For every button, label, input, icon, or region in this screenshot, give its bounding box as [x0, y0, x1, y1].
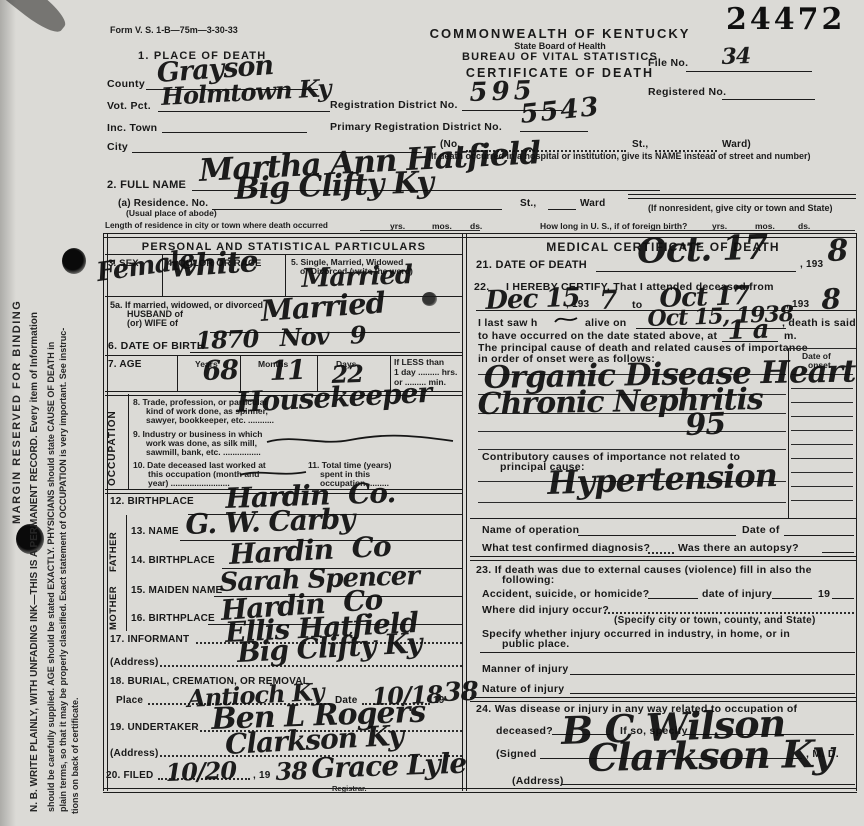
- cause-code-value: 95: [685, 407, 726, 443]
- registrar-label: Registrar.: [332, 784, 367, 793]
- abode-note: (Usual place of abode): [126, 208, 217, 218]
- commonwealth-title: COMMONWEALTH OF KENTUCKY: [380, 26, 740, 41]
- physician-address-label: (Address): [512, 775, 564, 787]
- onset-rule: [791, 444, 853, 445]
- birthplace-label: 12. BIRTHPLACE: [110, 496, 194, 507]
- onset-rule: [791, 486, 853, 487]
- accident-line: [648, 598, 698, 599]
- margin-nb-line4: tions on back of certificate.: [71, 592, 80, 814]
- to-year-value: 8: [821, 282, 841, 316]
- onset-rule: [791, 500, 853, 501]
- margin-nb-line2: should be carefully supplied. AGE should…: [47, 58, 56, 812]
- dod-year-printed: , 193: [800, 259, 823, 270]
- right-border: [856, 233, 857, 791]
- margin-binding-note: MARGIN RESERVED FOR BINDING: [12, 272, 23, 524]
- cause-box-bottom: [470, 518, 856, 519]
- filed-label: 20. FILED: [106, 770, 153, 781]
- residence-ward-label: Ward: [580, 198, 605, 209]
- contributory-value: Hypertension: [547, 456, 778, 502]
- manner-line: [570, 674, 855, 675]
- filed-date-value: 10/20: [165, 756, 237, 787]
- undertaker-address-label: (Address): [110, 748, 158, 759]
- date-of-line: [784, 535, 854, 536]
- death-certificate-scan: MARGIN RESERVED FOR BINDING N. B. WRITE …: [0, 0, 864, 826]
- onset-rule: [791, 402, 853, 403]
- signed-label: (Signed: [496, 748, 537, 760]
- lastsaw-text-1: I last saw h: [478, 317, 538, 329]
- external-causes-text-2: following:: [502, 574, 555, 586]
- residence-value: Big Clifty Ky: [234, 165, 434, 207]
- nature-line: [570, 693, 855, 694]
- where-injury-line: [604, 612, 854, 614]
- manner-label: Manner of injury: [482, 663, 568, 675]
- father-bp-label: 14. BIRTHPLACE: [131, 555, 215, 566]
- accident-label: Accident, suicide, or homicide?: [482, 588, 649, 600]
- operation-label: Name of operation: [482, 524, 579, 536]
- date-of-death-line: [596, 271, 796, 272]
- dod-year-value: 8: [827, 233, 848, 269]
- from-year-value: 7: [599, 285, 617, 316]
- injury-date-line: [772, 598, 812, 599]
- injury-19-line: [832, 598, 854, 599]
- onset-box-top: [788, 348, 856, 349]
- deceased-label: deceased?: [496, 725, 553, 737]
- form-number: Form V. S. 1-B—75m—3-30-33: [110, 25, 238, 35]
- parents-divider: [126, 515, 127, 631]
- dob-value: 1870 Nov 9: [195, 320, 366, 355]
- city-ward-label: Ward): [722, 139, 751, 150]
- informant-label: 17. INFORMANT: [110, 634, 189, 645]
- nonresident-note: (If nonresident, give city or town and S…: [648, 203, 833, 213]
- lastworked-label-3: year) .........................: [148, 478, 230, 488]
- where-injury-label: Where did injury occur?: [482, 604, 609, 616]
- mother-bp-label: 16. BIRTHPLACE: [131, 613, 215, 624]
- date-of-label: Date of: [742, 524, 780, 536]
- race-value: white: [170, 244, 259, 285]
- inc-town-label: Inc. Town: [107, 122, 157, 134]
- city-label: City: [107, 141, 128, 153]
- onset-rule: [791, 458, 853, 459]
- file-no-line: [686, 71, 812, 72]
- cause-rule: [478, 449, 786, 450]
- test-label: What test confirmed diagnosis?: [482, 542, 650, 554]
- specify-city-note: (Specify city or town, county, and State…: [614, 615, 816, 626]
- father-name-label: 13. NAME: [131, 526, 179, 537]
- inc-town-line: [162, 132, 307, 133]
- dob-line: [190, 352, 462, 353]
- length-line: [360, 230, 480, 231]
- margin-nb-line3: plain terms, so that it may be properly …: [59, 58, 68, 812]
- registrar-signature: Grace Lyle: [311, 747, 467, 785]
- injury-date-label: date of injury: [702, 588, 772, 600]
- autopsy-line: [822, 552, 854, 553]
- primary-reg-line: [520, 131, 588, 132]
- undertaker-label: 19. UNDERTAKER: [110, 722, 199, 733]
- occurred-text: to have occurred on the date stated abov…: [478, 330, 717, 342]
- city-st-label: St.,: [632, 139, 648, 150]
- file-no-label: File No.: [648, 57, 688, 69]
- burial-year-value: 38: [443, 677, 478, 708]
- ditto-squiggle: [265, 432, 455, 448]
- primary-reg-label: Primary Registration District No.: [330, 121, 502, 133]
- onset-rule: [791, 416, 853, 417]
- date-of-death-label: 21. DATE OF DEATH: [476, 259, 587, 271]
- onset-rule: [791, 430, 853, 431]
- mother-name-label: 15. MAIDEN NAME: [131, 585, 222, 596]
- filed-year-value: 38: [275, 756, 307, 786]
- residence-st-label: St.,: [520, 198, 536, 209]
- informant-address-label: (Address): [110, 657, 158, 668]
- section-24-divider: [470, 697, 856, 702]
- whether-injury-text-2: public place.: [502, 638, 570, 650]
- occupation-value: Housekeeper: [235, 376, 432, 419]
- informant-address-dotted-line: [160, 665, 462, 667]
- nonresident-line: [628, 194, 856, 199]
- lastsaw-text-2: alive on: [585, 317, 627, 329]
- ink-blot: [422, 292, 437, 306]
- industry-label-3: sawmill, bank, etc. ................: [146, 447, 261, 457]
- father-side-label: FATHER: [108, 518, 119, 572]
- age-years-value: 68: [202, 355, 239, 387]
- residence-line: [212, 209, 502, 210]
- burial-place-label: Place: [116, 695, 143, 706]
- cause-rule: [478, 431, 786, 432]
- death-said-text: , death is said: [782, 317, 856, 329]
- from-year-printed: , 193: [566, 299, 589, 310]
- ditto-squiggle: [238, 466, 308, 480]
- dob-label: 6. DATE OF BIRTH: [108, 340, 205, 352]
- file-no-value: 34: [721, 43, 751, 70]
- public-place-line: [480, 652, 855, 653]
- reg-district-label: Registration District No.: [330, 99, 458, 111]
- filed-year-printed: , 19: [253, 770, 270, 781]
- length-residence-label: Length of residence in city or town wher…: [105, 221, 328, 230]
- physician-address-value: Clarkson Ky: [587, 731, 833, 780]
- m-label: m.: [784, 330, 797, 342]
- onset-rule: [791, 472, 853, 473]
- occupation-divider: [128, 394, 129, 490]
- occupation-side-label: OCCUPATION: [107, 398, 118, 486]
- vot-pct-line: [158, 111, 330, 112]
- county-label: County: [107, 78, 145, 90]
- mother-side-label: MOTHER: [108, 574, 119, 630]
- test-dotted-line: [648, 552, 674, 554]
- injury-19-label: 19: [818, 588, 830, 600]
- bottom-border: [103, 788, 857, 793]
- age-label: 7. AGE: [108, 359, 142, 370]
- ward-line: [548, 209, 576, 210]
- registered-no-line: [722, 99, 815, 100]
- race-cell-divider: [285, 254, 286, 296]
- item5a-label-3: (or) WIFE of: [127, 318, 178, 328]
- handwritten-er-mark: [553, 312, 579, 326]
- physician-address-line: [562, 784, 855, 785]
- operation-line: [578, 535, 736, 536]
- full-name-label: 2. FULL NAME: [107, 179, 186, 191]
- margin-nb-line1: N. B. WRITE PLAINLY, WITH UNFADING INK—T…: [30, 52, 40, 812]
- date-of-death-value: Oct. 17: [637, 227, 768, 272]
- certificate-stamp-number: 24472: [726, 2, 845, 37]
- lastsaw-date-value: Oct 15, 1938: [647, 301, 793, 332]
- vot-pct-label: Vot. Pct.: [107, 100, 151, 112]
- board-subtitle: State Board of Health: [380, 41, 740, 51]
- to-label: to: [632, 299, 643, 311]
- section-23-divider: [470, 556, 856, 561]
- age-less-note-1: If LESS than: [394, 357, 444, 367]
- nature-label: Nature of injury: [482, 683, 564, 695]
- autopsy-label: Was there an autopsy?: [678, 542, 799, 554]
- left-border: [103, 233, 108, 791]
- age-div-1: [177, 355, 178, 391]
- registered-no-label: Registered No.: [648, 86, 726, 98]
- cause-rule: [478, 502, 786, 503]
